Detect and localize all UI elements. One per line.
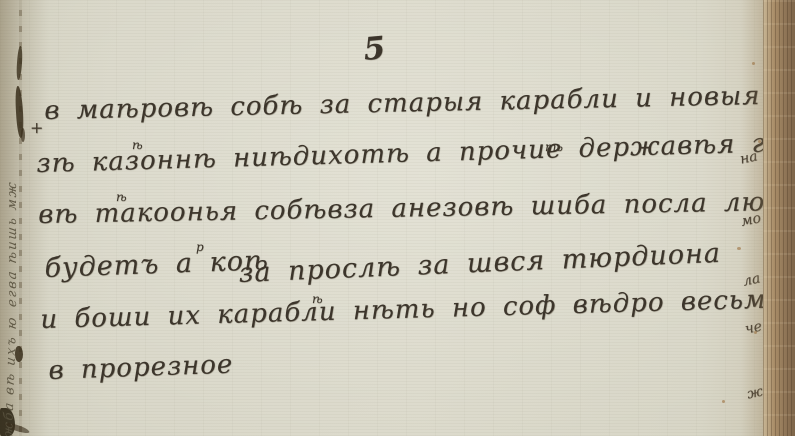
gutter-vertical-text: егва ѣишь мж	[5, 179, 20, 308]
superscript-mark: ть	[545, 140, 563, 154]
fore-edge-streaks	[763, 0, 795, 436]
manuscript-line-4-right: за прослѣ за швся тюрдиона	[238, 238, 721, 289]
manuscript-line-1: в маѣровѣ собѣ за старыя карабли и новыя…	[44, 79, 795, 126]
superscript-mark: ѣ	[132, 138, 143, 152]
manuscript-line-2: зѣ казоннѣ ниѣдихотѣ а прочие державѣя г…	[36, 127, 795, 179]
margin-cross-mark: +	[30, 118, 44, 137]
manuscript-line-3: вѣ такоонья собѣвза анезовѣ шиба посла л…	[38, 187, 795, 230]
ink-stain	[21, 128, 25, 142]
page-number: 5	[362, 30, 388, 68]
foxing-dot	[722, 400, 725, 403]
superscript-mark: ѣ	[312, 292, 323, 306]
page-curve-shadow	[741, 0, 765, 436]
manuscript-page: егва ѣишь мж жба вѣ ихъ ю 5 + в маѣровѣ …	[0, 0, 795, 436]
manuscript-line-5: и боши их карабли нѣть но соф вѣдро весь…	[40, 284, 783, 335]
manuscript-line-6: в прорезное	[48, 350, 234, 386]
manuscript-line-4-left: будетъ а коѣ	[44, 245, 269, 284]
superscript-mark: р	[196, 240, 204, 254]
superscript-mark: ѣ	[116, 190, 127, 204]
book-fore-edge	[763, 0, 795, 436]
